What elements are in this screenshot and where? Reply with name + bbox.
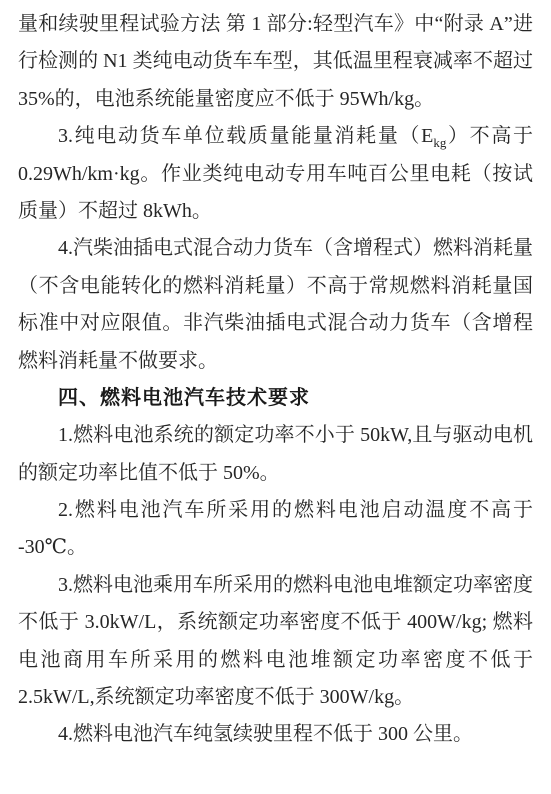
- document-page: 量和续驶里程试验方法 第 1 部分:轻型汽车》中“附录 A”进行检测的 N1 类…: [0, 0, 551, 794]
- text-line: 电池商用车所采用的燃料电池堆额定功率密度不低于: [18, 642, 533, 679]
- text-line: 0.29Wh/km·kg。作业类纯电动专用车吨百公里电耗（按试验: [18, 156, 533, 193]
- text-line: 质量）不超过 8kWh。: [18, 193, 533, 230]
- line-text: （不含电能转化的燃料消耗量）不高于常规燃料消耗量国家: [18, 275, 533, 305]
- line-text: 4.汽柴油插电式混合动力货车（含增程式）燃料消耗量: [58, 237, 533, 259]
- line-text: 电池商用车所采用的燃料电池堆额定功率密度不低于: [18, 649, 533, 671]
- text-line: 3.燃料电池乘用车所采用的燃料电池电堆额定功率密度: [18, 567, 533, 604]
- text-line: 燃料消耗量不做要求。: [18, 343, 533, 380]
- line-text: 35%的，电池系统能量密度应不低于 95Wh/kg。: [18, 88, 434, 110]
- line-text: 行检测的 N1 类纯电动货车车型，其低温里程衰减率不超过: [18, 50, 533, 72]
- line-text: 的额定功率比值不低于 50%。: [18, 462, 280, 484]
- text-line: -30℃。: [18, 529, 533, 566]
- text-line: 2.燃料电池汽车所采用的燃料电池启动温度不高于: [18, 492, 533, 529]
- text-line: 行检测的 N1 类纯电动货车车型，其低温里程衰减率不超过: [18, 43, 533, 80]
- line-text: -30℃。: [18, 536, 87, 558]
- line-text: 不低于 3.0kW/L，系统额定功率密度不低于 400W/kg; 燃料: [18, 611, 533, 633]
- section-heading: 四、燃料电池汽车技术要求: [18, 380, 533, 417]
- text-line: 1.燃料电池系统的额定功率不小于 50kW,且与驱动电机: [18, 417, 533, 454]
- line-text: 2.燃料电池汽车所采用的燃料电池启动温度不高于: [58, 499, 533, 521]
- line-text: ）不高于: [446, 125, 533, 147]
- text-line: 量和续驶里程试验方法 第 1 部分:轻型汽车》中“附录 A”进: [18, 6, 533, 43]
- text-line: 标准中对应限值。非汽柴油插电式混合动力货车（含增程式）: [18, 305, 533, 342]
- text-line: 35%的，电池系统能量密度应不低于 95Wh/kg。: [18, 81, 533, 118]
- line-text: 燃料消耗量不做要求。: [18, 350, 218, 372]
- subscript-text: kg: [433, 135, 446, 150]
- text-line: 不低于 3.0kW/L，系统额定功率密度不低于 400W/kg; 燃料: [18, 604, 533, 641]
- line-text: 四、燃料电池汽车技术要求: [58, 387, 310, 409]
- text-line: 的额定功率比值不低于 50%。: [18, 455, 533, 492]
- text-lines: 量和续驶里程试验方法 第 1 部分:轻型汽车》中“附录 A”进行检测的 N1 类…: [18, 6, 533, 754]
- line-text: 0.29Wh/km·kg。作业类纯电动专用车吨百公里电耗（按试验: [18, 163, 533, 193]
- line-text: 2.5kW/L,系统额定功率密度不低于 300W/kg。: [18, 686, 414, 708]
- text-line: 2.5kW/L,系统额定功率密度不低于 300W/kg。: [18, 679, 533, 716]
- line-text: 量和续驶里程试验方法 第 1 部分:轻型汽车》中“附录 A”进: [18, 13, 533, 35]
- line-text: 质量）不超过 8kWh。: [18, 200, 212, 222]
- line-text: 1.燃料电池系统的额定功率不小于 50kW,且与驱动电机: [58, 424, 533, 446]
- line-text: 3.燃料电池乘用车所采用的燃料电池电堆额定功率密度: [58, 574, 533, 596]
- text-line: （不含电能转化的燃料消耗量）不高于常规燃料消耗量国家: [18, 268, 533, 305]
- text-line: 3.纯电动货车单位载质量能量消耗量（Ekg）不高于: [18, 118, 533, 155]
- line-text: 4.燃料电池汽车纯氢续驶里程不低于 300 公里。: [58, 723, 473, 745]
- text-line: 4.燃料电池汽车纯氢续驶里程不低于 300 公里。: [18, 716, 533, 753]
- text-line: 4.汽柴油插电式混合动力货车（含增程式）燃料消耗量: [18, 230, 533, 267]
- line-text: 3.纯电动货车单位载质量能量消耗量（E: [58, 125, 433, 147]
- line-text: 标准中对应限值。非汽柴油插电式混合动力货车（含增程式）: [18, 312, 533, 342]
